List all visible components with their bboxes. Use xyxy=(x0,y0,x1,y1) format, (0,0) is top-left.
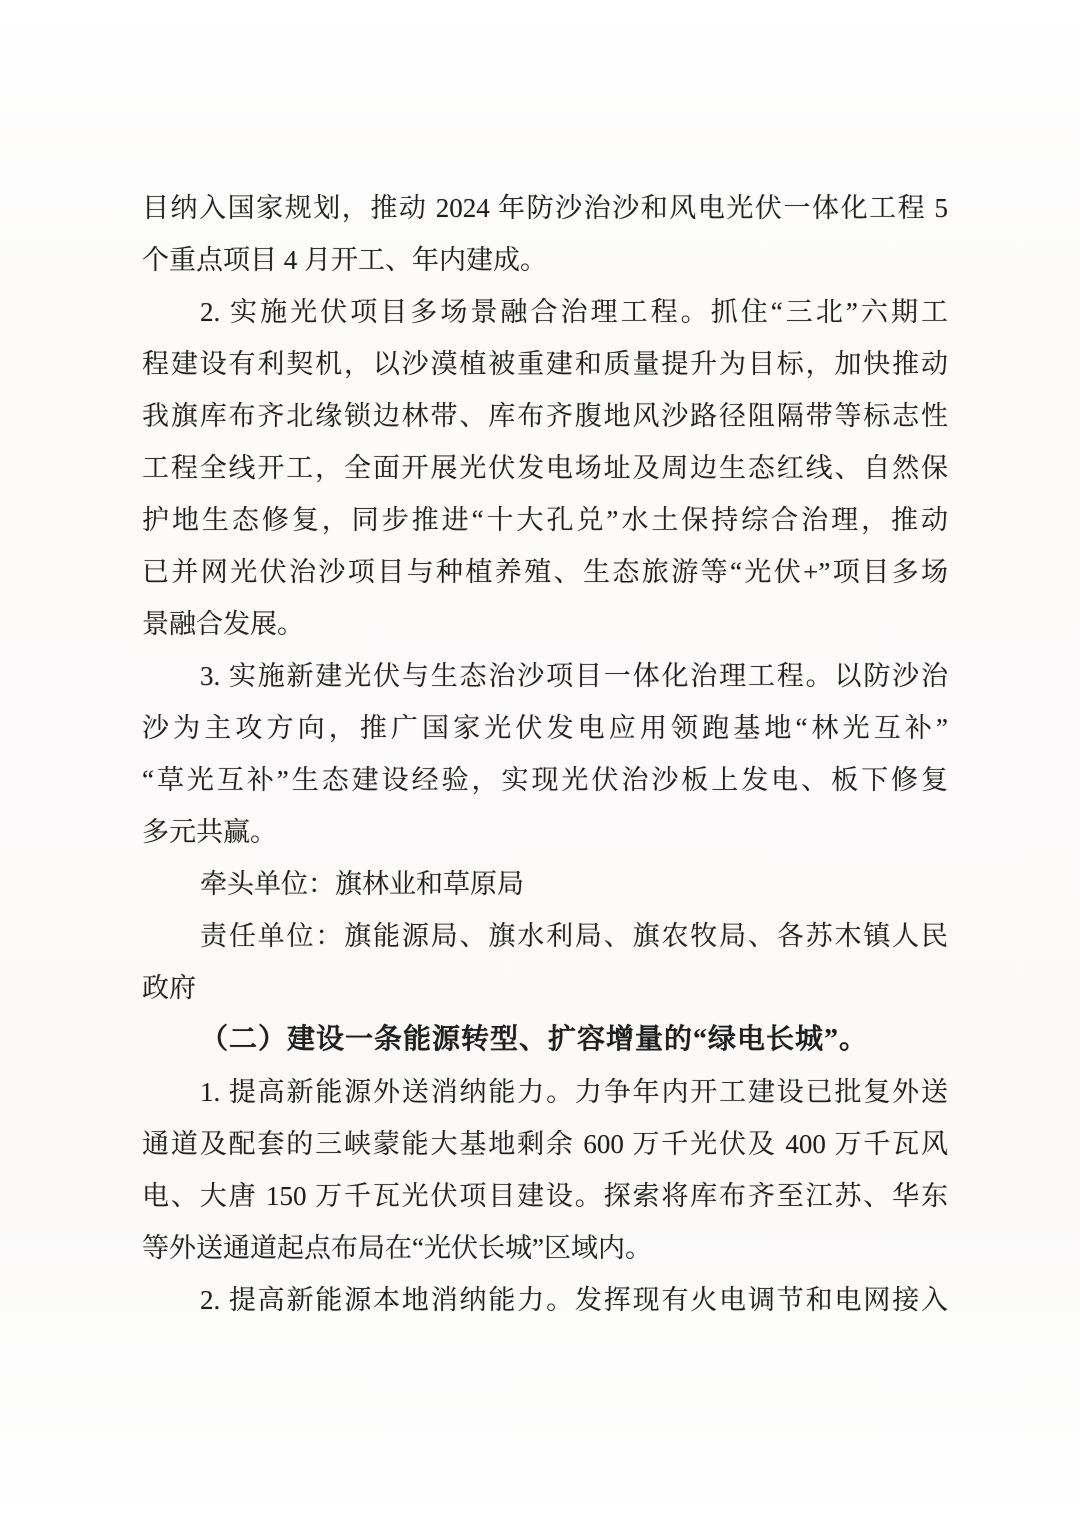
lead-unit-line: 牵头单位：旗林业和草原局 xyxy=(142,858,948,910)
doc-line-07: 护地生态修复，同步推进“十大孔兑”水土保持综合治理，推动 xyxy=(142,494,948,546)
doc-line-09: 景融合发展。 xyxy=(142,598,948,650)
document-page: 目纳入国家规划，推动 2024 年防沙治沙和风电光伏一体化工程 5 个重点项目 … xyxy=(0,0,1080,1527)
doc-line-11: 沙为主攻方向，推广国家光伏发电应用领跑基地“林光互补” xyxy=(142,702,948,754)
doc-line-01: 目纳入国家规划，推动 2024 年防沙治沙和风电光伏一体化工程 5 xyxy=(142,182,948,234)
doc-line-05: 我旗库布齐北缘锁边林带、库布齐腹地风沙路径阻隔带等标志性 xyxy=(142,390,948,442)
doc-line-20: 电、大唐 150 万千瓦光伏项目建设。探索将库布齐至江苏、华东 xyxy=(142,1170,948,1222)
document-body: 目纳入国家规划，推动 2024 年防沙治沙和风电光伏一体化工程 5 个重点项目 … xyxy=(142,182,948,1326)
doc-line-12: “草光互补”生态建设经验，实现光伏治沙板上发电、板下修复 xyxy=(142,754,948,806)
doc-line-22: 2. 提高新能源本地消纳能力。发挥现有火电调节和电网接入 xyxy=(142,1274,948,1326)
doc-line-13: 多元共赢。 xyxy=(142,806,948,858)
doc-line-04: 程建设有利契机，以沙漠植被重建和质量提升为目标，加快推动 xyxy=(142,338,948,390)
doc-line-19: 通道及配套的三峡蒙能大基地剩余 600 万千光伏及 400 万千瓦风 xyxy=(142,1118,948,1170)
doc-line-10: 3. 实施新建光伏与生态治沙项目一体化治理工程。以防沙治 xyxy=(142,650,948,702)
doc-line-03: 2. 实施光伏项目多场景融合治理工程。抓住“三北”六期工 xyxy=(142,286,948,338)
doc-line-02: 个重点项目 4 月开工、年内建成。 xyxy=(142,234,948,286)
doc-line-16: 政府 xyxy=(142,962,948,1014)
doc-line-18: 1. 提高新能源外送消纳能力。力争年内开工建设已批复外送 xyxy=(142,1066,948,1118)
doc-line-06: 工程全线开工，全面开展光伏发电场址及周边生态红线、自然保 xyxy=(142,442,948,494)
doc-line-08: 已并网光伏治沙项目与种植养殖、生态旅游等“光伏+”项目多场 xyxy=(142,546,948,598)
doc-line-21: 等外送通道起点布局在“光伏长城”区域内。 xyxy=(142,1222,948,1274)
responsible-unit-line: 责任单位：旗能源局、旗水利局、旗农牧局、各苏木镇人民 xyxy=(142,910,948,962)
section-heading: （二）建设一条能源转型、扩容增量的“绿电长城”。 xyxy=(142,1014,948,1066)
